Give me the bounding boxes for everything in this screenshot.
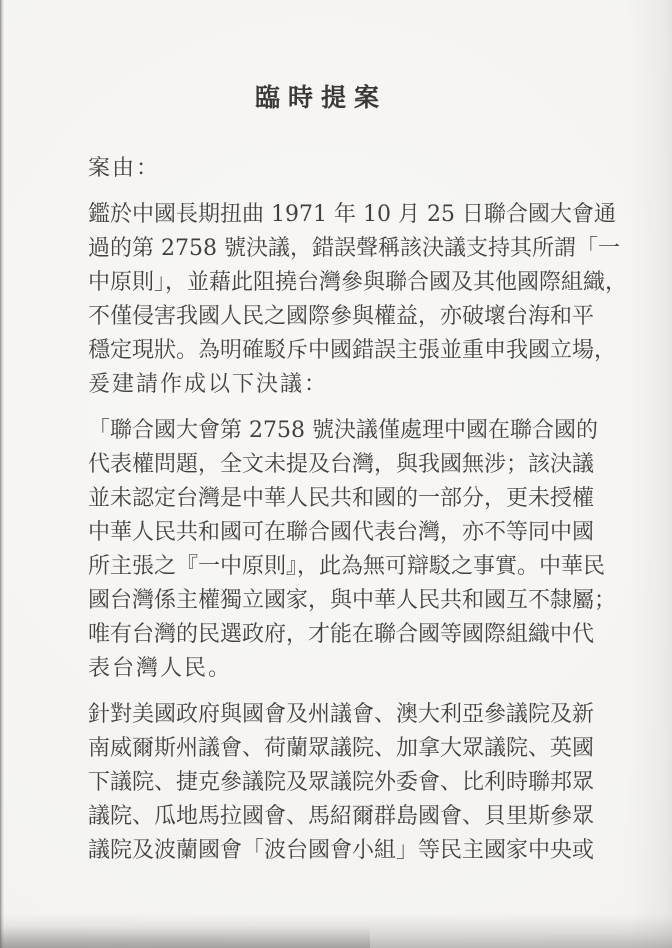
text-line: 下議院、捷克參議院及眾議院外委會、比利時聯邦眾 <box>88 766 590 800</box>
text-line: 國台灣係主權獨立國家，與中華人民共和國互不隸屬； <box>88 584 590 618</box>
paper-left-edge-shadow <box>0 0 4 948</box>
text-line: 中原則」，並藉此阻撓台灣參與聯合國及其他國際組織， <box>88 266 590 300</box>
text-line: 並未認定台灣是中華人民共和國的一部分，更未授權 <box>88 482 590 516</box>
paper-bottom-shadow <box>0 914 672 948</box>
text-line: 議院及波蘭國會「波台國會小組」等民主國家中央或 <box>88 834 590 868</box>
text-line: 表台灣人民。 <box>88 652 590 686</box>
document-page: 臨時提案 案由： 鑑於中國長期扭曲 1971 年 10 月 25 日聯合國大會通… <box>0 0 672 948</box>
page-title: 臨時提案 <box>70 80 572 116</box>
text-line: 唯有台灣的民選政府，才能在聯合國等國際組織中代 <box>88 618 590 652</box>
text-line: 過的第 2758 號決議，錯誤聲稱該決議支持其所謂「一 <box>88 232 590 266</box>
text-line: 不僅侵害我國人民之國際參與權益，亦破壞台海和平 <box>88 300 590 334</box>
text-line: 針對美國政府與國會及州議會、澳大利亞參議院及新 <box>88 698 590 732</box>
paragraph-resolution-text: 「聯合國大會第 2758 號決議僅處理中國在聯合國的代表權問題，全文未提及台灣，… <box>88 414 590 686</box>
text-line: 議院、瓜地馬拉國會、馬紹爾群島國會、貝里斯參眾 <box>88 800 590 834</box>
text-line: 爰建請作成以下決議： <box>88 368 590 402</box>
text-line: 中華人民共和國可在聯合國代表台灣，亦不等同中國 <box>88 516 590 550</box>
paper-bottom-left-shadow <box>0 926 370 948</box>
text-line: 南威爾斯州議會、荷蘭眾議院、加拿大眾議院、英國 <box>88 732 590 766</box>
text-line: 穩定現狀。為明確駁斥中國錯誤主張並重申我國立場， <box>88 334 590 368</box>
text-line: 鑑於中國長期扭曲 1971 年 10 月 25 日聯合國大會通 <box>88 198 590 232</box>
text-line: 「聯合國大會第 2758 號決議僅處理中國在聯合國的 <box>88 414 590 448</box>
text-line: 所主張之『一中原則』，此為無可辯駁之事實。中華民 <box>88 550 590 584</box>
document-body: 鑑於中國長期扭曲 1971 年 10 月 25 日聯合國大會通過的第 2758 … <box>88 198 590 868</box>
case-label: 案由： <box>88 152 590 186</box>
text-line: 代表權問題，全文未提及台灣，與我國無涉；該決議 <box>88 448 590 482</box>
paragraph-international-support: 針對美國政府與國會及州議會、澳大利亞參議院及新南威爾斯州議會、荷蘭眾議院、加拿大… <box>88 698 590 868</box>
paragraph-preamble: 鑑於中國長期扭曲 1971 年 10 月 25 日聯合國大會通過的第 2758 … <box>88 198 590 402</box>
paper-right-shade <box>628 0 672 948</box>
